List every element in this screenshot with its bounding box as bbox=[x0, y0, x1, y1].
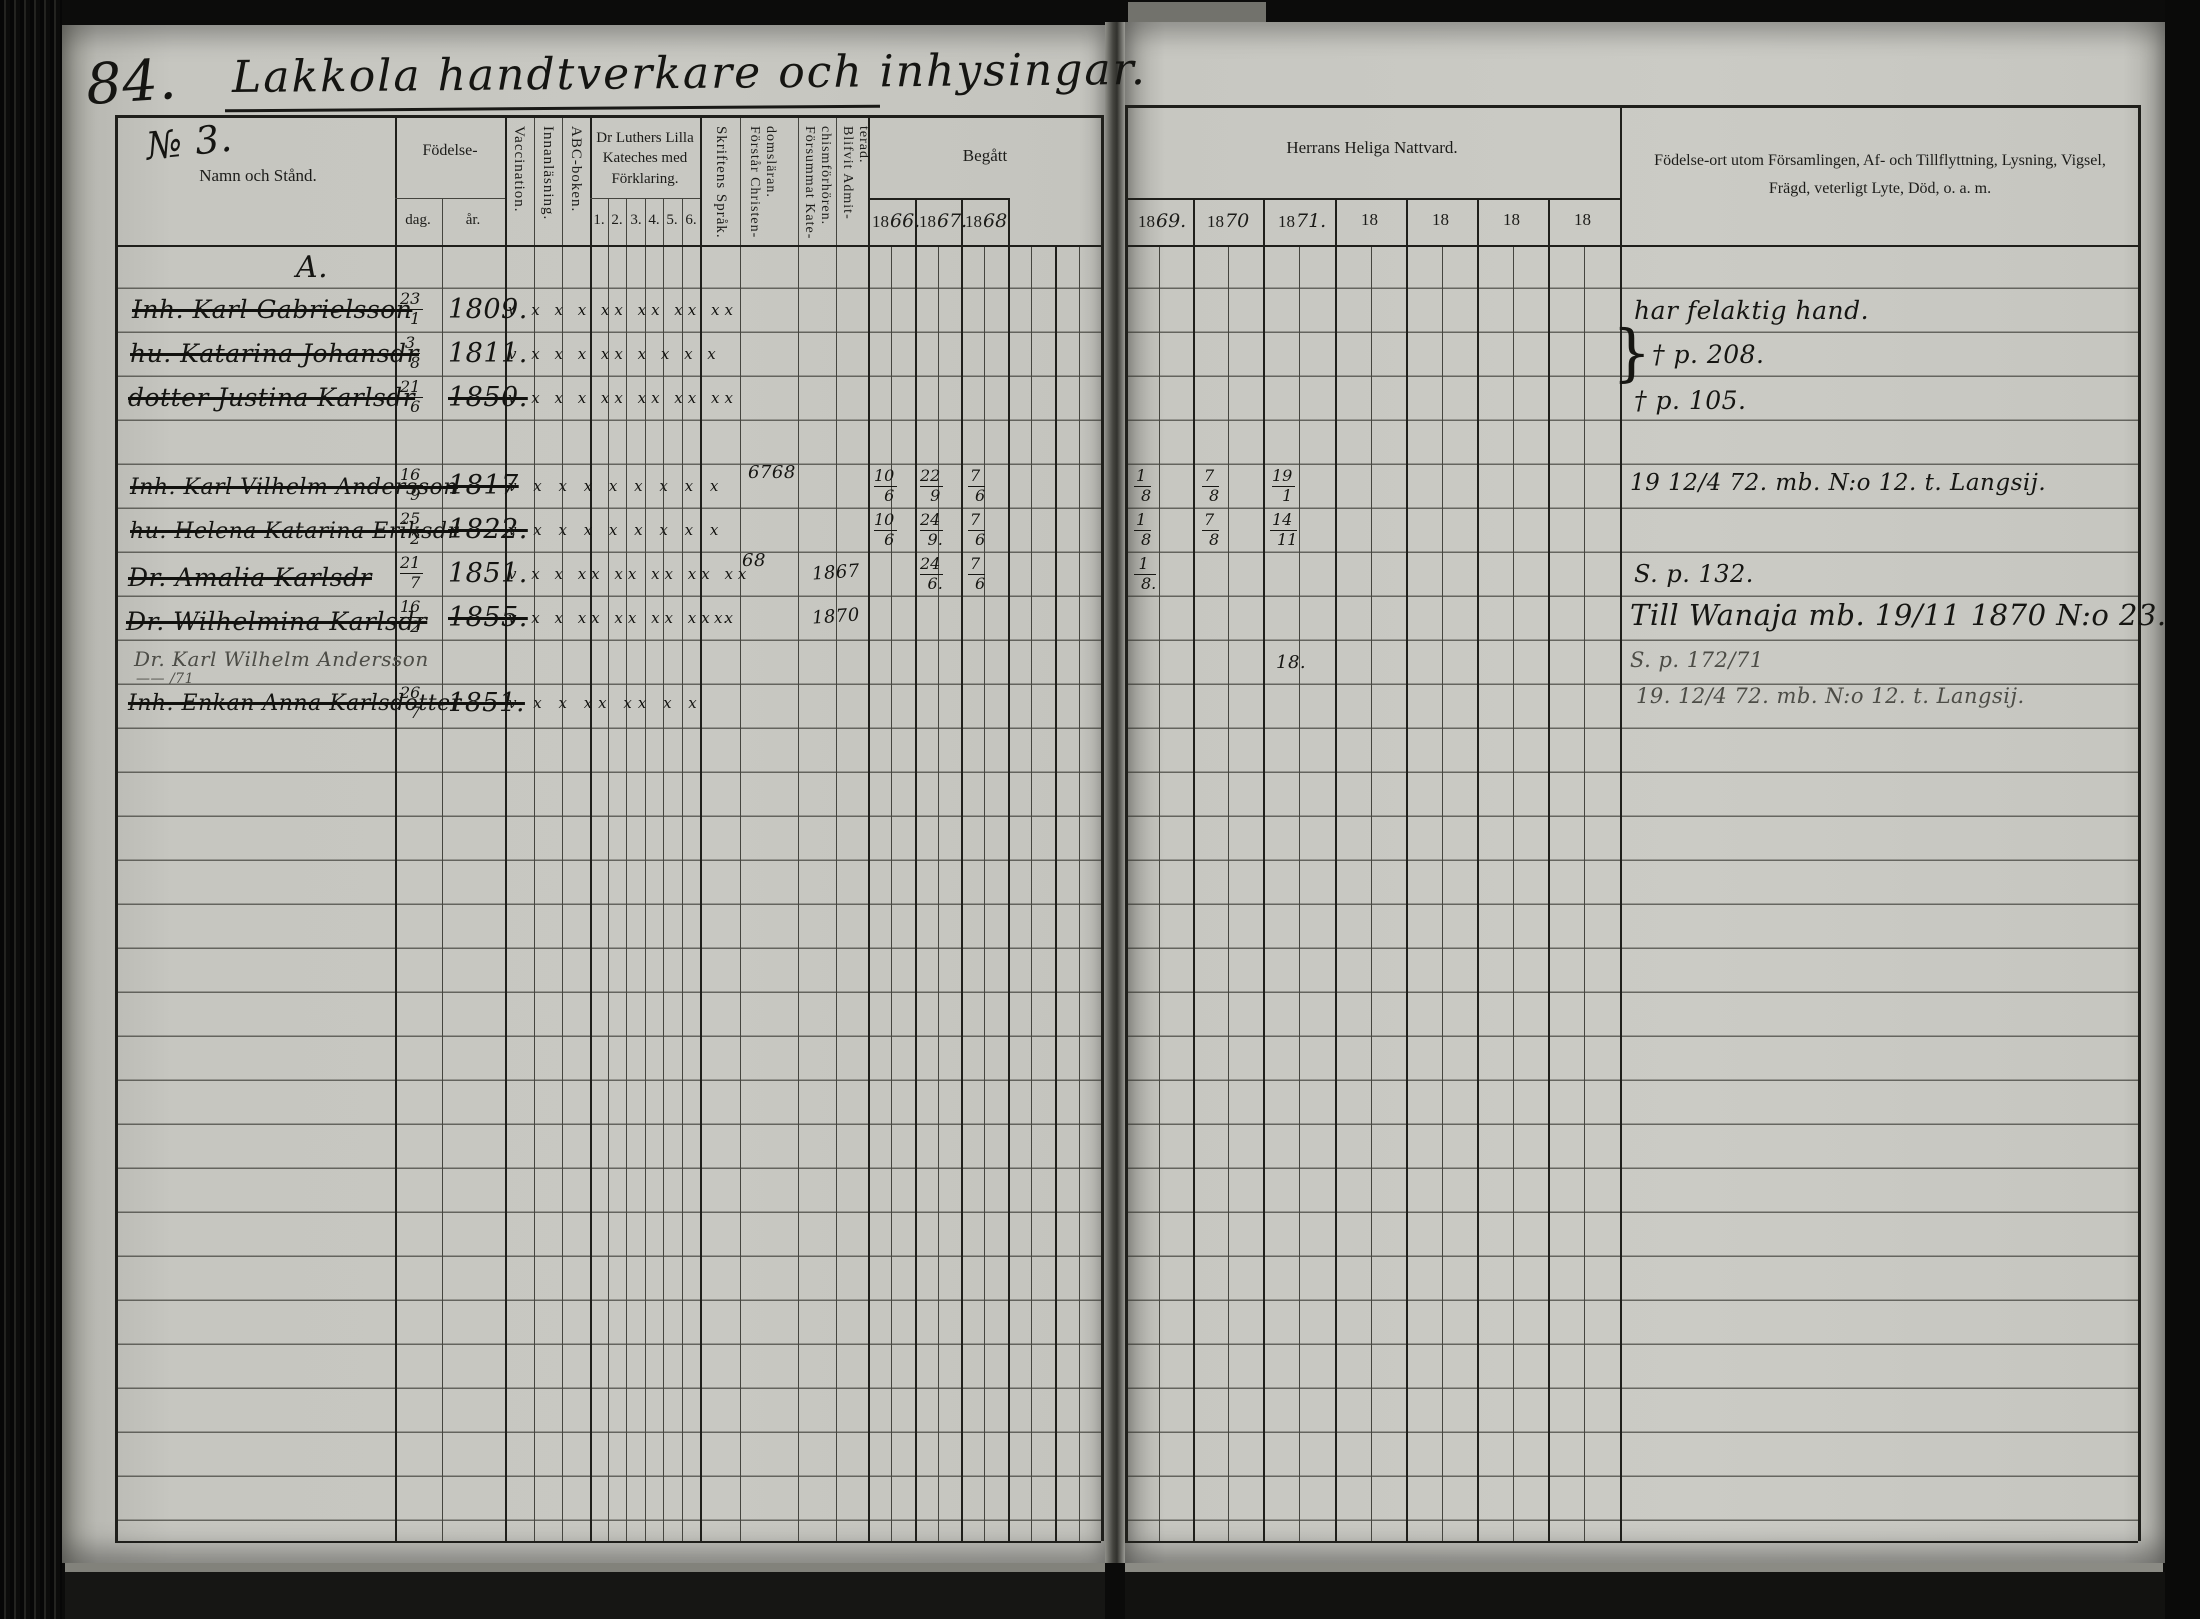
grid-line bbox=[115, 1541, 1101, 1543]
grid-line bbox=[442, 198, 443, 1541]
birth-day: 38 bbox=[403, 335, 420, 372]
communion-1868: 76 bbox=[968, 468, 985, 505]
grid-line bbox=[700, 115, 702, 1541]
scanned-ledger-spread: 84. Lakkola handtverkare och inhysingar.… bbox=[0, 0, 2200, 1619]
birth-day: 162 bbox=[400, 599, 423, 636]
grid-line bbox=[1055, 245, 1057, 1541]
birth-day: 217 bbox=[400, 555, 423, 592]
year-1869: 1869. bbox=[1138, 210, 1186, 232]
page-stack-top-sliver bbox=[1128, 2, 1266, 23]
page-stack-bottom-right bbox=[1125, 1563, 2163, 1572]
col-header-begatt: Begått bbox=[963, 146, 1007, 166]
col-header-birth: Födelse- bbox=[422, 142, 477, 160]
grid-line bbox=[562, 115, 563, 1541]
grid-line bbox=[1125, 245, 2138, 247]
household-number: № 3. bbox=[144, 116, 234, 169]
catechism-col-6: 6. bbox=[685, 212, 696, 229]
catechism-col-5: 5. bbox=[666, 212, 677, 229]
grid-line bbox=[395, 115, 397, 1541]
grid-line bbox=[1263, 198, 1265, 1541]
person-name: Dr. Karl Wilhelm Andersson bbox=[134, 647, 429, 671]
grid-line bbox=[1513, 245, 1514, 1541]
grid-line bbox=[868, 115, 870, 1541]
birth-day: 169 bbox=[400, 467, 423, 504]
birth-day: 252 bbox=[400, 511, 423, 548]
note: † p. 105. bbox=[1634, 386, 1747, 415]
exam-marks: v x x x x x x x x bbox=[508, 521, 724, 539]
page-stack-bottom-left bbox=[65, 1563, 1105, 1572]
grid-line bbox=[1125, 198, 1620, 200]
col-header-notes-line2: Frägd, veterligt Lyte, Död, o. a. m. bbox=[1769, 180, 1991, 198]
grid-line bbox=[1477, 198, 1479, 1541]
grid-line bbox=[1101, 115, 1104, 1541]
communion-1870: 78 bbox=[1202, 512, 1219, 549]
grid-line bbox=[1125, 1541, 2138, 1543]
communion-1867: 249. bbox=[920, 512, 943, 549]
book-gutter bbox=[1105, 22, 1125, 1563]
grid-line bbox=[115, 245, 1101, 247]
grid-line bbox=[891, 245, 892, 1541]
communion-1867: 246. bbox=[920, 556, 943, 593]
birth-day: 267 bbox=[400, 685, 423, 722]
grid-line bbox=[2138, 105, 2141, 1541]
grid-line bbox=[1335, 198, 1337, 1541]
grid-line bbox=[798, 115, 799, 1541]
grid-line bbox=[590, 115, 592, 1541]
catechism-col-2: 2. bbox=[611, 212, 622, 229]
grid-line bbox=[961, 198, 963, 1541]
col-header-birth-year: år. bbox=[466, 212, 481, 229]
note: S. p. 172/71 bbox=[1630, 648, 1764, 672]
grid-line bbox=[1079, 245, 1080, 1541]
communion-1869: 18. bbox=[1134, 556, 1156, 593]
communion-1869: 18 bbox=[1134, 468, 1151, 505]
page-number: 84. bbox=[84, 47, 179, 118]
person-name: hu. Katarina Johansdr bbox=[130, 339, 419, 368]
exam-marks: v x x x xx x x x x bbox=[508, 345, 721, 363]
grid-line bbox=[836, 115, 837, 1541]
col-header-vaccination: Vaccination. bbox=[510, 126, 527, 240]
note-brace: } bbox=[1612, 316, 1651, 389]
note: † p. 208. bbox=[1652, 340, 1765, 369]
pencil-note: —— /71 bbox=[136, 671, 194, 687]
grid-line bbox=[1584, 245, 1585, 1541]
scan-bottom-right bbox=[1125, 1572, 2165, 1619]
note: 19 12/4 72. mb. N:o 12. t. Langsij. bbox=[1630, 470, 2046, 496]
birth-day: 216 bbox=[400, 379, 423, 416]
col-header-missed-catechism: Försummat Kate- chismförhören. bbox=[801, 126, 833, 240]
script-language-entry: x. bbox=[714, 609, 728, 627]
year-1868: 1868 bbox=[965, 210, 1007, 232]
note: 19. 12/4 72. mb. N:o 12. t. Langsij. bbox=[1636, 684, 2025, 708]
communion-1868: 76 bbox=[968, 512, 985, 549]
note: S. p. 132. bbox=[1634, 560, 1754, 588]
communion-1867: 229 bbox=[920, 468, 943, 505]
year-18-blank-3: 18 bbox=[1503, 210, 1520, 230]
grid-line bbox=[938, 245, 939, 1541]
person-name: dotter Justina Karlsdr bbox=[128, 383, 415, 412]
communion-1868: 76 bbox=[968, 556, 985, 593]
grid-line bbox=[1442, 245, 1443, 1541]
communion-1869: 18 bbox=[1134, 512, 1151, 549]
grid-line bbox=[505, 115, 507, 1541]
understands-entry: 6768 bbox=[748, 462, 796, 483]
exam-marks: v x x xx xx xx xx x bbox=[508, 609, 738, 627]
grid-line bbox=[740, 115, 741, 1541]
admitted-year: 1870 bbox=[811, 604, 860, 628]
book-right-edge bbox=[2165, 0, 2200, 1619]
grid-line bbox=[915, 198, 917, 1541]
grid-line bbox=[868, 198, 1008, 200]
col-header-notes-line1: Födelse-ort utom Församlingen, Af- och T… bbox=[1654, 152, 2106, 170]
grid-line bbox=[1125, 105, 2138, 108]
note: Till Wanaja mb. 19/11 1870 N:o 23. bbox=[1630, 598, 2167, 632]
communion-1866: 106 bbox=[874, 468, 897, 505]
grid-line bbox=[1193, 198, 1195, 1541]
scan-bottom-left bbox=[65, 1572, 1105, 1619]
book-left-edge bbox=[0, 0, 62, 1619]
grid-line bbox=[1228, 245, 1229, 1541]
grid-line bbox=[534, 115, 535, 1541]
col-header-understands-christianity: Förstår Christen- domsläran. bbox=[746, 126, 778, 240]
grid-line bbox=[590, 198, 700, 199]
person-name: Dr. Amalia Karlsdr bbox=[128, 563, 372, 592]
grid-line bbox=[1159, 245, 1160, 1541]
understands-entry: 68 bbox=[742, 550, 766, 571]
col-header-catechism: Dr Luthers Lilla Kateches med Förklaring… bbox=[590, 128, 700, 189]
note: har felaktig hand. bbox=[1634, 296, 1869, 325]
col-header-name: Namn och Stånd. bbox=[199, 166, 317, 186]
communion-1871: 191 bbox=[1272, 468, 1295, 505]
exam-marks: v x x x x x x x x bbox=[508, 477, 724, 495]
catechism-col-1: 1. bbox=[593, 212, 604, 229]
col-header-script-language: Skriftens Språk. bbox=[712, 126, 729, 240]
communion-1870: 78 bbox=[1202, 468, 1219, 505]
grid-line bbox=[1125, 105, 1128, 1541]
grid-line bbox=[115, 115, 1101, 118]
col-header-birth-day: dag. bbox=[405, 212, 430, 229]
year-18-blank-4: 18 bbox=[1574, 210, 1591, 230]
grid-line bbox=[1406, 198, 1408, 1541]
communion-1866: 106 bbox=[874, 512, 897, 549]
communion-1871: 1411 bbox=[1270, 512, 1297, 549]
col-header-communion: Herrans Heliga Nattvard. bbox=[1286, 138, 1457, 158]
grid-line bbox=[395, 198, 505, 199]
col-header-reading: Innanläsning. bbox=[539, 126, 556, 240]
page-title: Lakkola handtverkare och inhysingar. bbox=[232, 44, 1147, 103]
col-header-admitted: Blifvit Admit- terad. bbox=[839, 126, 871, 240]
grid-line bbox=[1299, 245, 1300, 1541]
right-page-ruling bbox=[1127, 245, 2138, 1541]
exam-marks: v x x xx xx x x bbox=[508, 694, 703, 712]
year-18-blank-1: 18 bbox=[1361, 210, 1378, 230]
section-letter: A. bbox=[296, 250, 328, 285]
grid-line bbox=[984, 245, 985, 1541]
year-1870: 1870 bbox=[1207, 210, 1249, 232]
left-page-ruling bbox=[117, 245, 1101, 1541]
grid-line bbox=[1008, 198, 1010, 1541]
year-18-blank-2: 18 bbox=[1432, 210, 1449, 230]
exam-marks: v x x x xx xx xx xx bbox=[508, 389, 738, 407]
grid-line bbox=[1031, 245, 1032, 1541]
catechism-col-4: 4. bbox=[648, 212, 659, 229]
grid-line bbox=[1548, 198, 1550, 1541]
col-header-abc-book: ABC-boken. bbox=[567, 126, 584, 240]
birth-day: 231 bbox=[400, 291, 423, 328]
grid-line bbox=[115, 115, 118, 1541]
year-1866: 1866. bbox=[872, 210, 920, 232]
communion-1871: 18. bbox=[1276, 652, 1306, 673]
person-name: Inh. Karl Gabrielsson bbox=[132, 295, 412, 324]
catechism-col-3: 3. bbox=[630, 212, 641, 229]
person-name: Dr. Wilhelmina Karlsdr bbox=[126, 607, 427, 636]
year-1867: 1867. bbox=[919, 210, 967, 232]
admitted-year: 1867 bbox=[811, 560, 860, 584]
exam-marks: v x x xx xx xx xx xx bbox=[508, 565, 751, 583]
year-1871: 1871. bbox=[1278, 210, 1326, 232]
exam-marks: v x x x xx xx xx xx bbox=[508, 301, 738, 319]
grid-line bbox=[1371, 245, 1372, 1541]
